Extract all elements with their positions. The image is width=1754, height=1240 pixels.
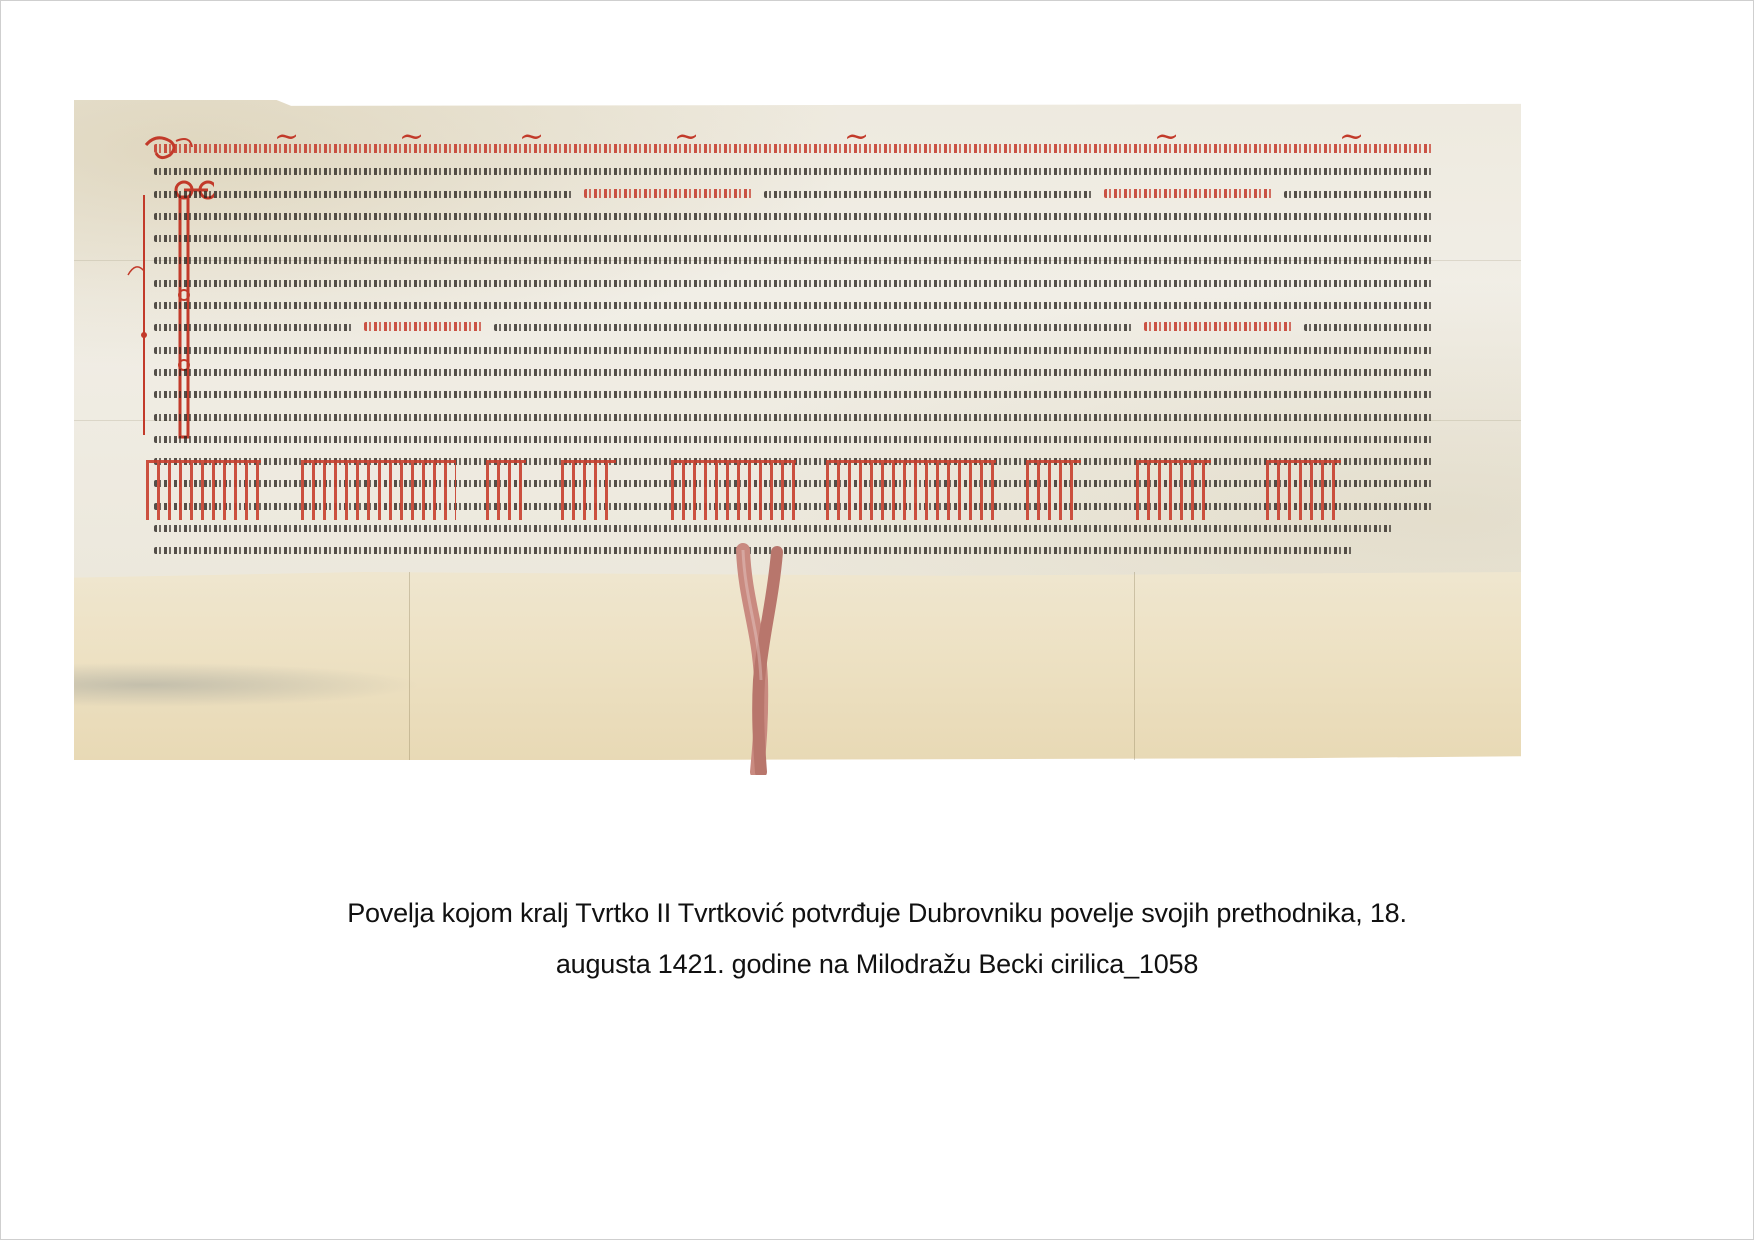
manuscript-line [154,339,1514,361]
manuscript-line [154,316,1514,338]
signature-word [1266,460,1341,520]
caption-line-2: augusta 1421. godine na Milodražu Becki … [0,939,1754,990]
flap-crease [409,572,410,760]
manuscript-line [154,294,1514,316]
manuscript-line [154,383,1514,405]
document-caption: Povelja kojom kralj Tvrtko II Tvrtković … [0,888,1754,990]
manuscript-line [154,160,1514,182]
manuscript-line [154,138,1514,160]
signature-word [301,460,456,520]
folded-bottom-flap [74,572,1521,760]
manuscript-line [154,539,1514,561]
manuscript-line [154,272,1514,294]
signature-word [826,460,996,520]
red-signature-line [146,460,1366,530]
signature-word [561,460,616,520]
manuscript-line [154,406,1514,428]
manuscript-line [154,249,1514,271]
manuscript-scan: ~ ~ ~ ~ ~ ~ ~ [74,100,1521,760]
silk-seal-cord-icon [729,540,789,775]
signature-word [1136,460,1211,520]
signature-word [671,460,796,520]
manuscript-line [154,227,1514,249]
manuscript-line [154,205,1514,227]
signature-word [146,460,261,520]
signature-word [1026,460,1081,520]
manuscript-line [154,183,1514,205]
manuscript-line [154,428,1514,450]
signature-word [486,460,526,520]
caption-line-1: Povelja kojom kralj Tvrtko II Tvrtković … [0,888,1754,939]
manuscript-line [154,361,1514,383]
flap-crease [1134,572,1135,760]
